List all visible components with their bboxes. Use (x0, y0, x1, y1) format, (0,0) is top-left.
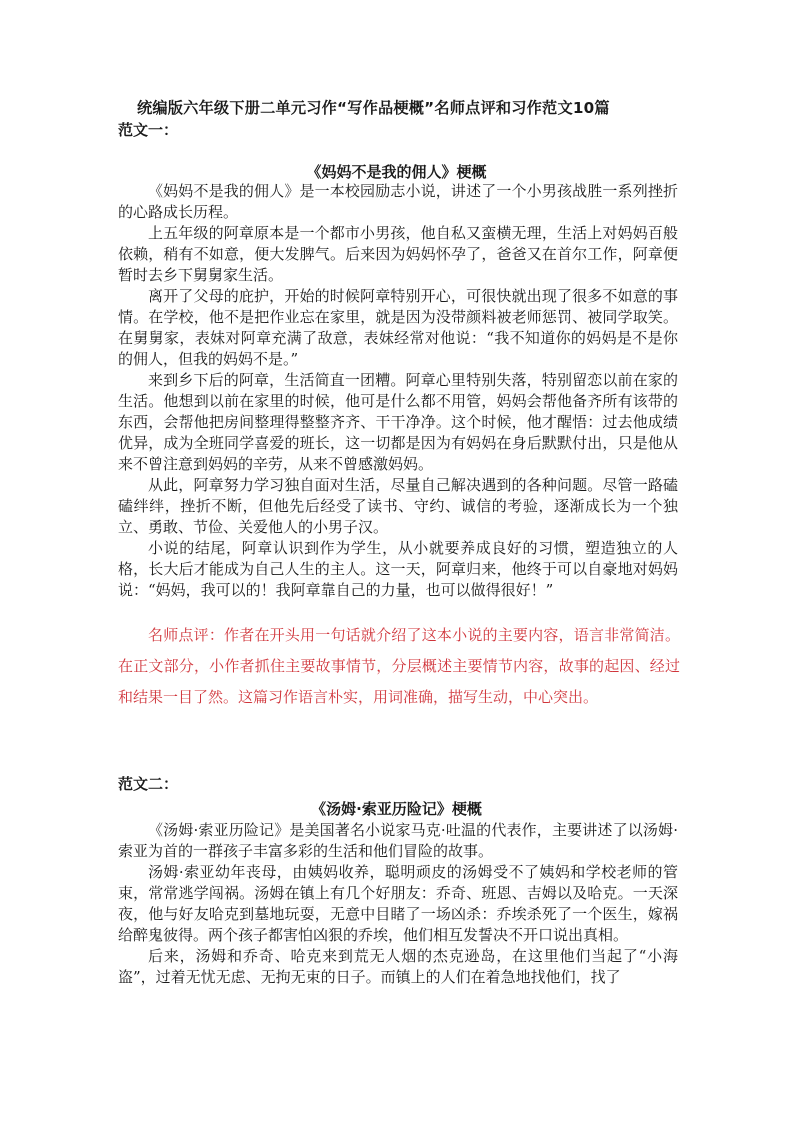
essay-2-body: 《汤姆·索亚历险记》是美国著名小说家马克·吐温的代表作，主要讲述了以汤姆·索亚为… (118, 820, 678, 988)
essay-1-paragraph: 上五年级的阿章原本是一个都市小男孩，他自私又蛮横无理，生活上对妈妈百般依赖，稍有… (118, 223, 678, 286)
essay-2-title: 《汤姆·索亚历险记》梗概 (0, 798, 793, 819)
essay-1-title: 《妈妈不是我的佣人》梗概 (0, 161, 793, 182)
essay-1-paragraph: 来到乡下后的阿章，生活简直一团糟。阿章心里特别失落，特别留恋以前在家的生活。他想… (118, 370, 678, 475)
essay-1-paragraph: 从此，阿章努力学习独自面对生活，尽量自己解决遇到的各种问题。尽管一路磕磕绊绊，挫… (118, 475, 678, 538)
essay-1-paragraph: 《妈妈不是我的佣人》是一本校园励志小说，讲述了一个小男孩战胜一系列挫折的心路成长… (118, 181, 678, 223)
essay-2-label: 范文二： (118, 773, 178, 794)
document-title: 统编版六年级下册二单元习作“写作品梗概”名师点评和习作范文10篇 (137, 97, 610, 118)
essay-1-paragraph: 离开了父母的庇护，开始的时候阿章特别开心，可很快就出现了很多不如意的事情。在学校… (118, 286, 678, 370)
teacher-comment-text: 名师点评：作者在开头用一句话就介绍了这本小说的主要内容，语言非常简洁。在正文部分… (118, 620, 680, 713)
essay-2-paragraph: 汤姆·索亚幼年丧母，由姨妈收养，聪明顽皮的汤姆受不了姨妈和学校老师的管束，常常逃… (118, 862, 678, 946)
essay-1-label: 范文一： (118, 119, 178, 140)
essay-2-paragraph: 后来，汤姆和乔奇、哈克来到荒无人烟的杰克逊岛，在这里他们当起了“小海盗”，过着无… (118, 946, 678, 988)
essay-2-paragraph: 《汤姆·索亚历险记》是美国著名小说家马克·吐温的代表作，主要讲述了以汤姆·索亚为… (118, 820, 678, 862)
essay-1-body: 《妈妈不是我的佣人》是一本校园励志小说，讲述了一个小男孩战胜一系列挫折的心路成长… (118, 181, 678, 601)
essay-1-teacher-comment: 名师点评：作者在开头用一句话就介绍了这本小说的主要内容，语言非常简洁。在正文部分… (118, 620, 680, 713)
essay-1-paragraph: 小说的结尾，阿章认识到作为学生，从小就要养成良好的习惯，塑造独立的人格，长大后才… (118, 538, 678, 601)
document-page: 统编版六年级下册二单元习作“写作品梗概”名师点评和习作范文10篇 范文一： 《妈… (0, 0, 793, 1122)
